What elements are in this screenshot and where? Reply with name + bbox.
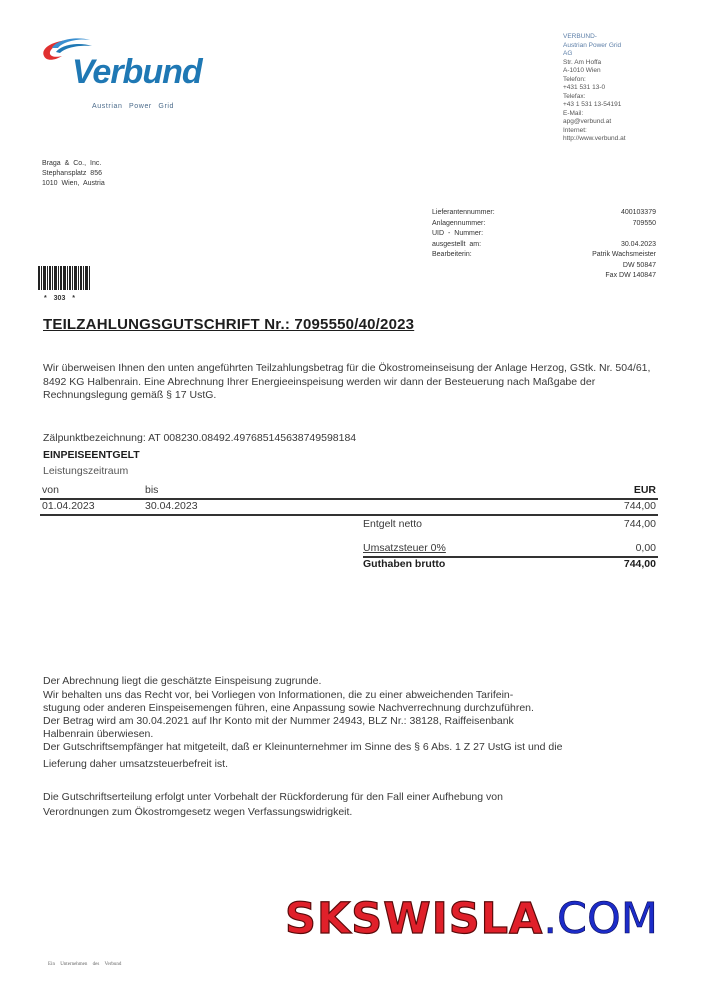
meta-row: Lieferantennummer:400103379 [432,208,656,219]
note-payment-line1: Der Betrag wird am 30.04.2021 auf Ihr Ko… [43,715,673,728]
sender-address-block: VERBUND- Austrian Power Grid AG Str. Am … [563,33,626,144]
meta-value: 400103379 [621,208,656,219]
phone-label: Telefon: [563,76,626,85]
recipient-street: Stephansplatz 856 [42,169,105,179]
fax-value: +43 1 531 13-54191 [563,101,626,110]
note-vat-line1: Der Gutschriftsempfänger hat mitgeteilt,… [43,741,673,754]
meta-fax-extension: Fax DW 140847 [432,271,656,282]
document-meta: Lieferantennummer:400103379 Anlagennumme… [432,208,656,282]
disclaimer-block: Die Gutschriftserteilung erfolgt unter V… [43,790,673,820]
summary-block: Entgelt netto 744,00 Umsatzsteuer 0% 0,0… [363,518,658,572]
note-vat-line2: Lieferung daher umsatzsteuerbefreit ist. [43,757,673,772]
recipient-city: 1010 Wien, Austria [42,179,105,189]
meta-extension: DW 50847 [432,261,656,272]
table-row: 01.04.2023 30.04.2023 744,00 [40,500,658,516]
meta-value: Patrik Wachsmeister [592,250,656,261]
note-estimate: Der Abrechnung liegt die geschätzte Eins… [43,674,673,689]
row-to: 30.04.2023 [145,500,198,512]
sender-line: VERBUND- [563,33,626,42]
disclaimer-line1: Die Gutschriftserteilung erfolgt unter V… [43,790,673,805]
header-currency: EUR [634,484,656,496]
disclaimer-line2: Verordnungen zum Ökostromgesetz wegen Ve… [43,805,673,820]
billing-table: von bis EUR 01.04.2023 30.04.2023 744,00 [40,484,658,516]
tax-row: Umsatzsteuer 0% 0,00 [363,542,658,558]
total-value: 744,00 [624,558,656,570]
barcode-icon [38,266,90,290]
table-header: von bis EUR [40,484,658,500]
sender-street: Str. Am Hoffa [563,59,626,68]
header-from: von [42,484,59,496]
meta-label: Anlagennummer: [432,219,485,230]
meta-label: Lieferantennummer: [432,208,495,219]
watermark-part1: SKSWISLA [285,894,543,944]
net-label: Entgelt netto [363,518,422,530]
total-row: Guthaben brutto 744,00 [363,558,658,572]
meta-row: Bearbeiterin:Patrik Wachsmeister [432,250,656,261]
note-payment-line2: Halbenrain überwiesen. [43,728,673,741]
meta-row: UID - Nummer: [432,229,656,240]
total-label: Guthaben brutto [363,558,445,570]
document-title: TEILZAHLUNGSGUTSCHRIFT Nr.: 7095550/40/2… [43,316,414,333]
sender-line: AG [563,50,626,59]
meta-value: 709550 [633,219,656,230]
net-value: 744,00 [624,518,656,530]
note-reservation-line2: stugung oder anderen Einspeisemengen füh… [43,702,673,715]
notes-block: Der Abrechnung liegt die geschätzte Eins… [43,674,673,772]
sender-line: Austrian Power Grid [563,42,626,51]
tax-label: Umsatzsteuer 0% [363,542,446,554]
meta-label: UID - Nummer: [432,229,483,240]
brand-name: Verbund [72,52,202,92]
meta-row: Anlagennummer:709550 [432,219,656,230]
phone-value: +431 531 13-0 [563,84,626,93]
email-link[interactable]: apg@verbund.at [563,118,626,127]
meta-label: ausgestellt am: [432,240,481,251]
meta-value: 30.04.2023 [621,240,656,251]
header-to: bis [145,484,158,496]
tax-value: 0,00 [636,542,656,554]
net-row: Entgelt netto 744,00 [363,518,658,532]
sender-city: A-1010 Wien [563,67,626,76]
intro-paragraph: Wir überweisen Ihnen den unten angeführt… [43,362,668,403]
note-reservation-line1: Wir behalten uns das Recht vor, bei Vorl… [43,689,673,702]
watermark: SKSWISLA.COM [285,893,658,945]
row-amount: 744,00 [624,500,656,512]
recipient-name: Braga & Co., Inc. [42,159,105,169]
period-label: Leistungszeitraum [43,465,128,477]
meta-label: Bearbeiterin: [432,250,472,261]
brand-subtitle: Austrian Power Grid [92,103,174,110]
email-label: E-Mail: [563,110,626,119]
fax-label: Telefax: [563,93,626,102]
watermark-part2: .COM [543,894,658,944]
meta-row: ausgestellt am:30.04.2023 [432,240,656,251]
barcode-number: * 303 * [44,295,75,302]
metering-point: Zälpunktbezeichnung: AT 008230.08492.497… [43,432,356,444]
web-label: Internet: [563,127,626,136]
footer-note: Ein Unternehmen des Verbund [48,962,121,967]
recipient-address: Braga & Co., Inc. Stephansplatz 856 1010… [42,159,105,189]
row-from: 01.04.2023 [42,500,95,512]
web-link[interactable]: http://www.verbund.at [563,135,626,144]
section-title: EINPEISEENTGELT [43,449,140,461]
